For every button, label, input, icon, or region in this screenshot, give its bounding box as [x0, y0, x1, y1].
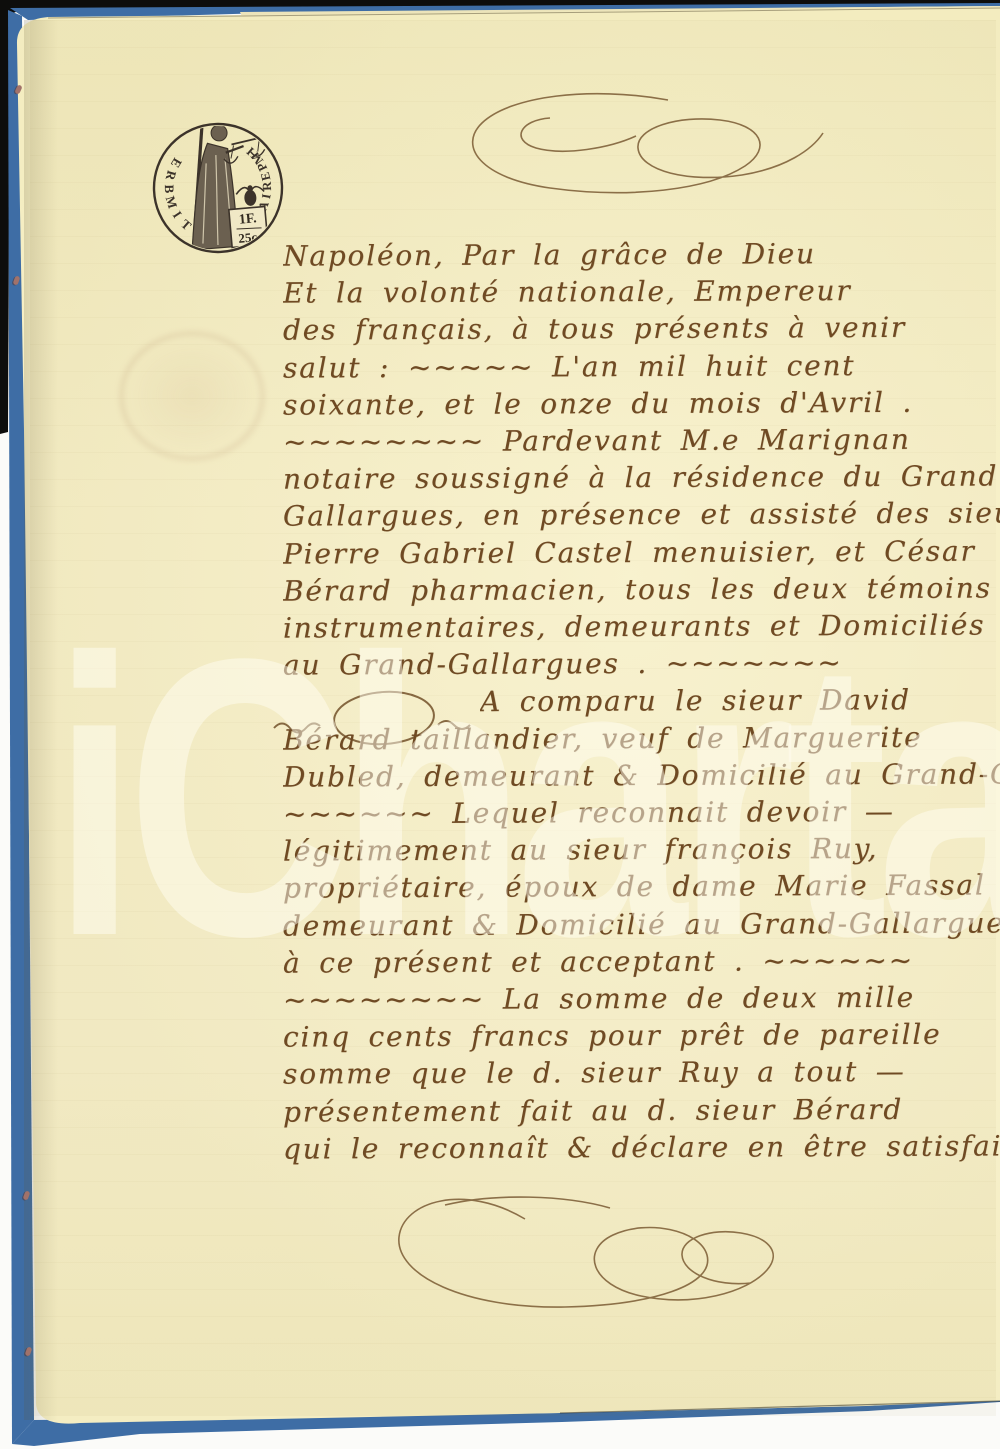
manuscript-line: Bérard pharmacien, tous les deux témoins: [283, 571, 1000, 611]
manuscript-line: instrumentaires, demeurants et Domicilié…: [283, 608, 1000, 648]
manuscript-text-block: Napoléon, Par la grâce de DieuEt la volo…: [0, 0, 1000, 1449]
document-scan: TIMBRE IMPERIAL.: [0, 0, 1000, 1449]
manuscript-line: présentement fait au d. sieur Bérard: [283, 1092, 1000, 1132]
manuscript-line: cinq cents francs pour prêt de pareille: [283, 1018, 1000, 1058]
manuscript-line: à ce présent et acceptant . ~~~~~~: [283, 943, 1000, 983]
manuscript-line: A comparu le sieur David: [480, 683, 1000, 722]
manuscript-line: ~~~~~~ Lequel reconnait devoir —: [283, 794, 1000, 834]
manuscript-line: notaire soussigné à la résidence du Gran…: [283, 460, 1000, 500]
manuscript-line: Dubled, demeurant & Domicilié au Grand-G…: [283, 757, 1000, 797]
manuscript-line: demeurant & Domicilié au Grand-Gallargue…: [283, 906, 1000, 946]
manuscript-line: Napoléon, Par la grâce de Dieu: [283, 236, 1000, 276]
manuscript-line: Bérard taillandier, veuf de Marguerite: [283, 720, 1000, 760]
manuscript-line: qui le reconnaît & déclare en être satis…: [283, 1129, 1000, 1169]
manuscript-line: légitimement au sieur françois Ruy,: [283, 832, 1000, 872]
manuscript-line: propriétaire, époux de dame Marie Fassal: [283, 869, 1000, 909]
manuscript-line: Pierre Gabriel Castel menuisier, et Césa…: [283, 534, 1000, 574]
manuscript-line: au Grand-Gallargues . ~~~~~~~: [283, 646, 1000, 686]
manuscript-line: Et la volonté nationale, Empereur: [283, 274, 1000, 314]
manuscript-line: ~~~~~~~~ Pardevant M.e Marignan: [283, 422, 1000, 462]
manuscript-line: Gallargues, en présence et assisté des s…: [283, 497, 1000, 537]
manuscript-line: somme que le d. sieur Ruy a tout —: [283, 1055, 1000, 1095]
manuscript-line: salut : ~~~~~ L'an mil huit cent: [283, 348, 1000, 388]
manuscript-line: ~~~~~~~~ La somme de deux mille: [283, 980, 1000, 1020]
manuscript-line: soixante, et le onze du mois d'Avril .: [283, 385, 1000, 425]
manuscript-line: des français, à tous présents à venir: [283, 311, 1000, 351]
